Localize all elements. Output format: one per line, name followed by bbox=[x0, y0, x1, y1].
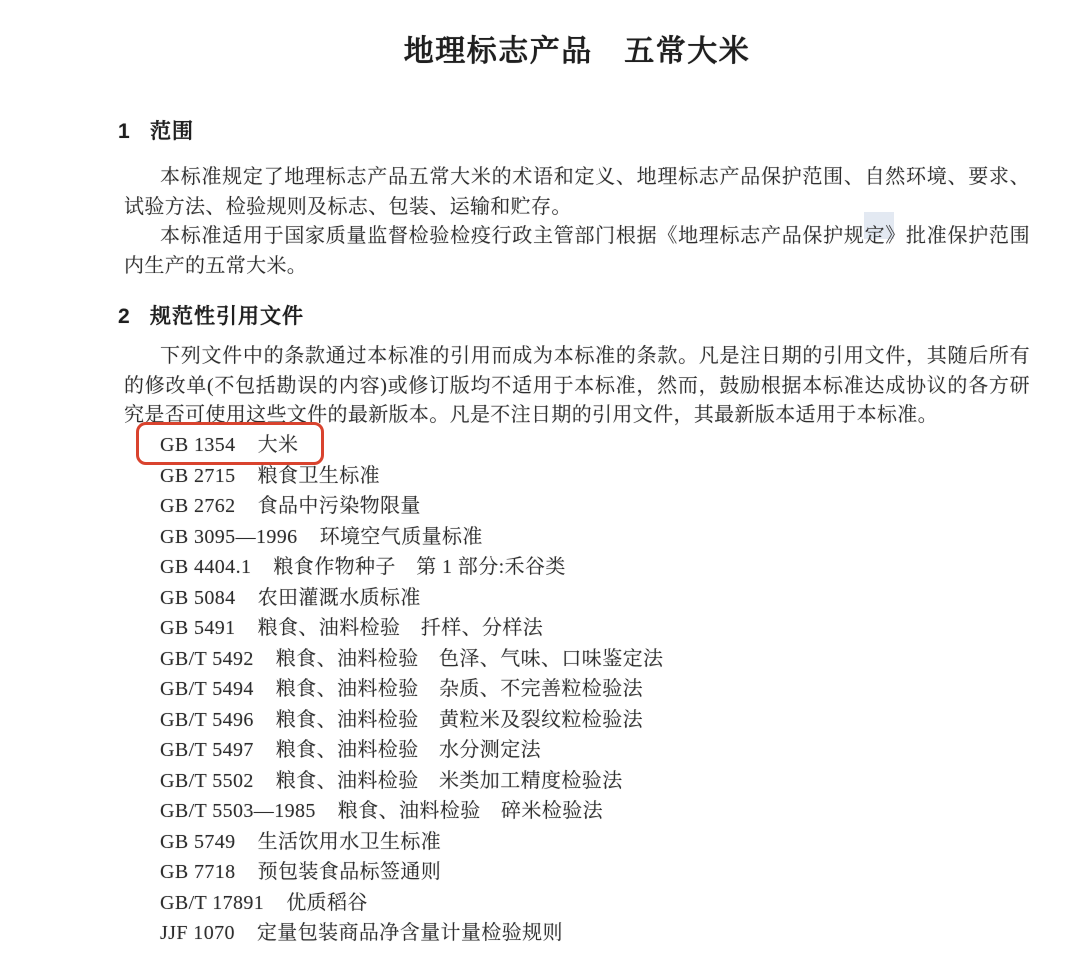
reference-item: GB/T 5496粮食、油料检验 黄粒米及裂纹粒检验法 bbox=[160, 705, 663, 736]
reference-code: GB 1354 bbox=[160, 430, 236, 461]
reference-code: GB 5749 bbox=[160, 827, 236, 858]
reference-line: GB/T 5502粮食、油料检验 米类加工精度检验法 bbox=[160, 766, 623, 797]
section-2-title: 规范性引用文件 bbox=[150, 305, 304, 328]
reference-title: 农田灌溉水质标准 bbox=[258, 587, 421, 609]
reference-line: GB 4404.1粮食作物种子 第 1 部分:禾谷类 bbox=[160, 552, 566, 583]
reference-item: GB/T 5492粮食、油料检验 色泽、气味、口味鉴定法 bbox=[160, 644, 663, 675]
reference-code: JJF 1070 bbox=[160, 918, 235, 949]
reference-title: 粮食、油料检验 水分测定法 bbox=[276, 739, 541, 761]
reference-line: GB 5084农田灌溉水质标准 bbox=[160, 583, 421, 614]
reference-title: 粮食、油料检验 扦样、分样法 bbox=[258, 617, 544, 639]
section-1-body: 本标准规定了地理标志产品五常大米的术语和定义、地理标志产品保护范围、自然环境、要… bbox=[124, 163, 1030, 281]
reference-code: GB/T 5503—1985 bbox=[160, 796, 316, 827]
reference-title: 粮食、油料检验 碎米检验法 bbox=[338, 800, 603, 822]
document-title: 地理标志产品 五常大米 bbox=[124, 26, 1030, 70]
reference-title: 优质稻谷 bbox=[286, 892, 368, 914]
reference-code: GB/T 5496 bbox=[160, 705, 254, 736]
reference-title: 生活饮用水卫生标准 bbox=[258, 831, 442, 853]
reference-item: GB 1354大米 bbox=[160, 430, 663, 461]
reference-line: GB/T 17891优质稻谷 bbox=[160, 888, 368, 919]
reference-item: GB/T 17891优质稻谷 bbox=[160, 888, 663, 919]
reference-code: GB 3095—1996 bbox=[160, 522, 298, 553]
reference-line: GB 7718预包装食品标签通则 bbox=[160, 857, 441, 888]
reference-code: GB 5084 bbox=[160, 583, 236, 614]
reference-code: GB 4404.1 bbox=[160, 552, 251, 583]
reference-line: GB/T 5494粮食、油料检验 杂质、不完善粒检验法 bbox=[160, 674, 643, 705]
reference-title: 食品中污染物限量 bbox=[258, 495, 421, 517]
reference-code: GB/T 5497 bbox=[160, 735, 254, 766]
reference-item: GB/T 5497粮食、油料检验 水分测定法 bbox=[160, 735, 663, 766]
reference-item: GB 5084农田灌溉水质标准 bbox=[160, 583, 663, 614]
section-2-body: 下列文件中的条款通过本标准的引用而成为本标准的条款。凡是注日期的引用文件，其随后… bbox=[124, 342, 1030, 431]
reference-code: GB/T 5492 bbox=[160, 644, 254, 675]
reference-code: GB/T 5502 bbox=[160, 766, 254, 797]
reference-item: GB 7718预包装食品标签通则 bbox=[160, 857, 663, 888]
reference-line: GB/T 5503—1985粮食、油料检验 碎米检验法 bbox=[160, 796, 603, 827]
section-2-number: 2 bbox=[118, 305, 150, 329]
reference-title: 粮食卫生标准 bbox=[258, 465, 380, 487]
reference-title: 粮食、油料检验 米类加工精度检验法 bbox=[276, 770, 623, 792]
reference-code: GB/T 5494 bbox=[160, 674, 254, 705]
reference-title: 预包装食品标签通则 bbox=[258, 861, 442, 883]
reference-title: 定量包装商品净含量计量检验规则 bbox=[257, 922, 563, 944]
section-2-heading: 2规范性引用文件 bbox=[118, 300, 304, 330]
section-1-heading: 1范围 bbox=[118, 115, 194, 145]
document-page: 地理标志产品 五常大米 1范围 本标准规定了地理标志产品五常大米的术语和定义、地… bbox=[0, 0, 1080, 962]
reference-item: GB 2762食品中污染物限量 bbox=[160, 491, 663, 522]
reference-code: GB 2715 bbox=[160, 461, 236, 492]
reference-code: GB 7718 bbox=[160, 857, 236, 888]
reference-line: GB/T 5492粮食、油料检验 色泽、气味、口味鉴定法 bbox=[160, 644, 663, 675]
reference-line: GB 2762食品中污染物限量 bbox=[160, 491, 421, 522]
reference-line: JJF 1070定量包装商品净含量计量检验规则 bbox=[160, 918, 563, 949]
reference-line: GB 5749生活饮用水卫生标准 bbox=[160, 827, 441, 858]
paragraph: 本标准规定了地理标志产品五常大米的术语和定义、地理标志产品保护范围、自然环境、要… bbox=[124, 163, 1030, 222]
reference-item: GB/T 5494粮食、油料检验 杂质、不完善粒检验法 bbox=[160, 674, 663, 705]
reference-code: GB 2762 bbox=[160, 491, 236, 522]
reference-item: JJF 1070定量包装商品净含量计量检验规则 bbox=[160, 918, 663, 949]
reference-code: GB/T 17891 bbox=[160, 888, 264, 919]
reference-title: 粮食、油料检验 杂质、不完善粒检验法 bbox=[276, 678, 643, 700]
reference-item: GB/T 5503—1985粮食、油料检验 碎米检验法 bbox=[160, 796, 663, 827]
references-list: GB 1354大米 GB 2715粮食卫生标准 GB 2762食品中污染物限量 … bbox=[160, 430, 663, 949]
reference-line: GB/T 5497粮食、油料检验 水分测定法 bbox=[160, 735, 541, 766]
reference-item: GB 5491粮食、油料检验 扦样、分样法 bbox=[160, 613, 663, 644]
reference-line: GB 5491粮食、油料检验 扦样、分样法 bbox=[160, 613, 543, 644]
paragraph: 下列文件中的条款通过本标准的引用而成为本标准的条款。凡是注日期的引用文件，其随后… bbox=[124, 342, 1030, 431]
reference-title: 粮食、油料检验 色泽、气味、口味鉴定法 bbox=[276, 648, 664, 670]
reference-line: GB/T 5496粮食、油料检验 黄粒米及裂纹粒检验法 bbox=[160, 705, 643, 736]
section-1-title: 范围 bbox=[150, 120, 194, 143]
reference-item: GB 5749生活饮用水卫生标准 bbox=[160, 827, 663, 858]
reference-item: GB 2715粮食卫生标准 bbox=[160, 461, 663, 492]
reference-code: GB 5491 bbox=[160, 613, 236, 644]
section-1-number: 1 bbox=[118, 120, 150, 144]
reference-title: 大米 bbox=[258, 434, 299, 456]
reference-line: GB 3095—1996环境空气质量标准 bbox=[160, 522, 483, 553]
reference-item: GB 3095—1996环境空气质量标准 bbox=[160, 522, 663, 553]
reference-item: GB 4404.1粮食作物种子 第 1 部分:禾谷类 bbox=[160, 552, 663, 583]
reference-title: 粮食、油料检验 黄粒米及裂纹粒检验法 bbox=[276, 709, 643, 731]
reference-title: 粮食作物种子 第 1 部分:禾谷类 bbox=[273, 556, 565, 578]
paragraph: 本标准适用于国家质量监督检验检疫行政主管部门根据《地理标志产品保护规定》批准保护… bbox=[124, 222, 1030, 281]
reference-item: GB/T 5502粮食、油料检验 米类加工精度检验法 bbox=[160, 766, 663, 797]
reference-line: GB 1354大米 bbox=[160, 430, 298, 461]
reference-title: 环境空气质量标准 bbox=[320, 526, 483, 548]
reference-line: GB 2715粮食卫生标准 bbox=[160, 461, 380, 492]
